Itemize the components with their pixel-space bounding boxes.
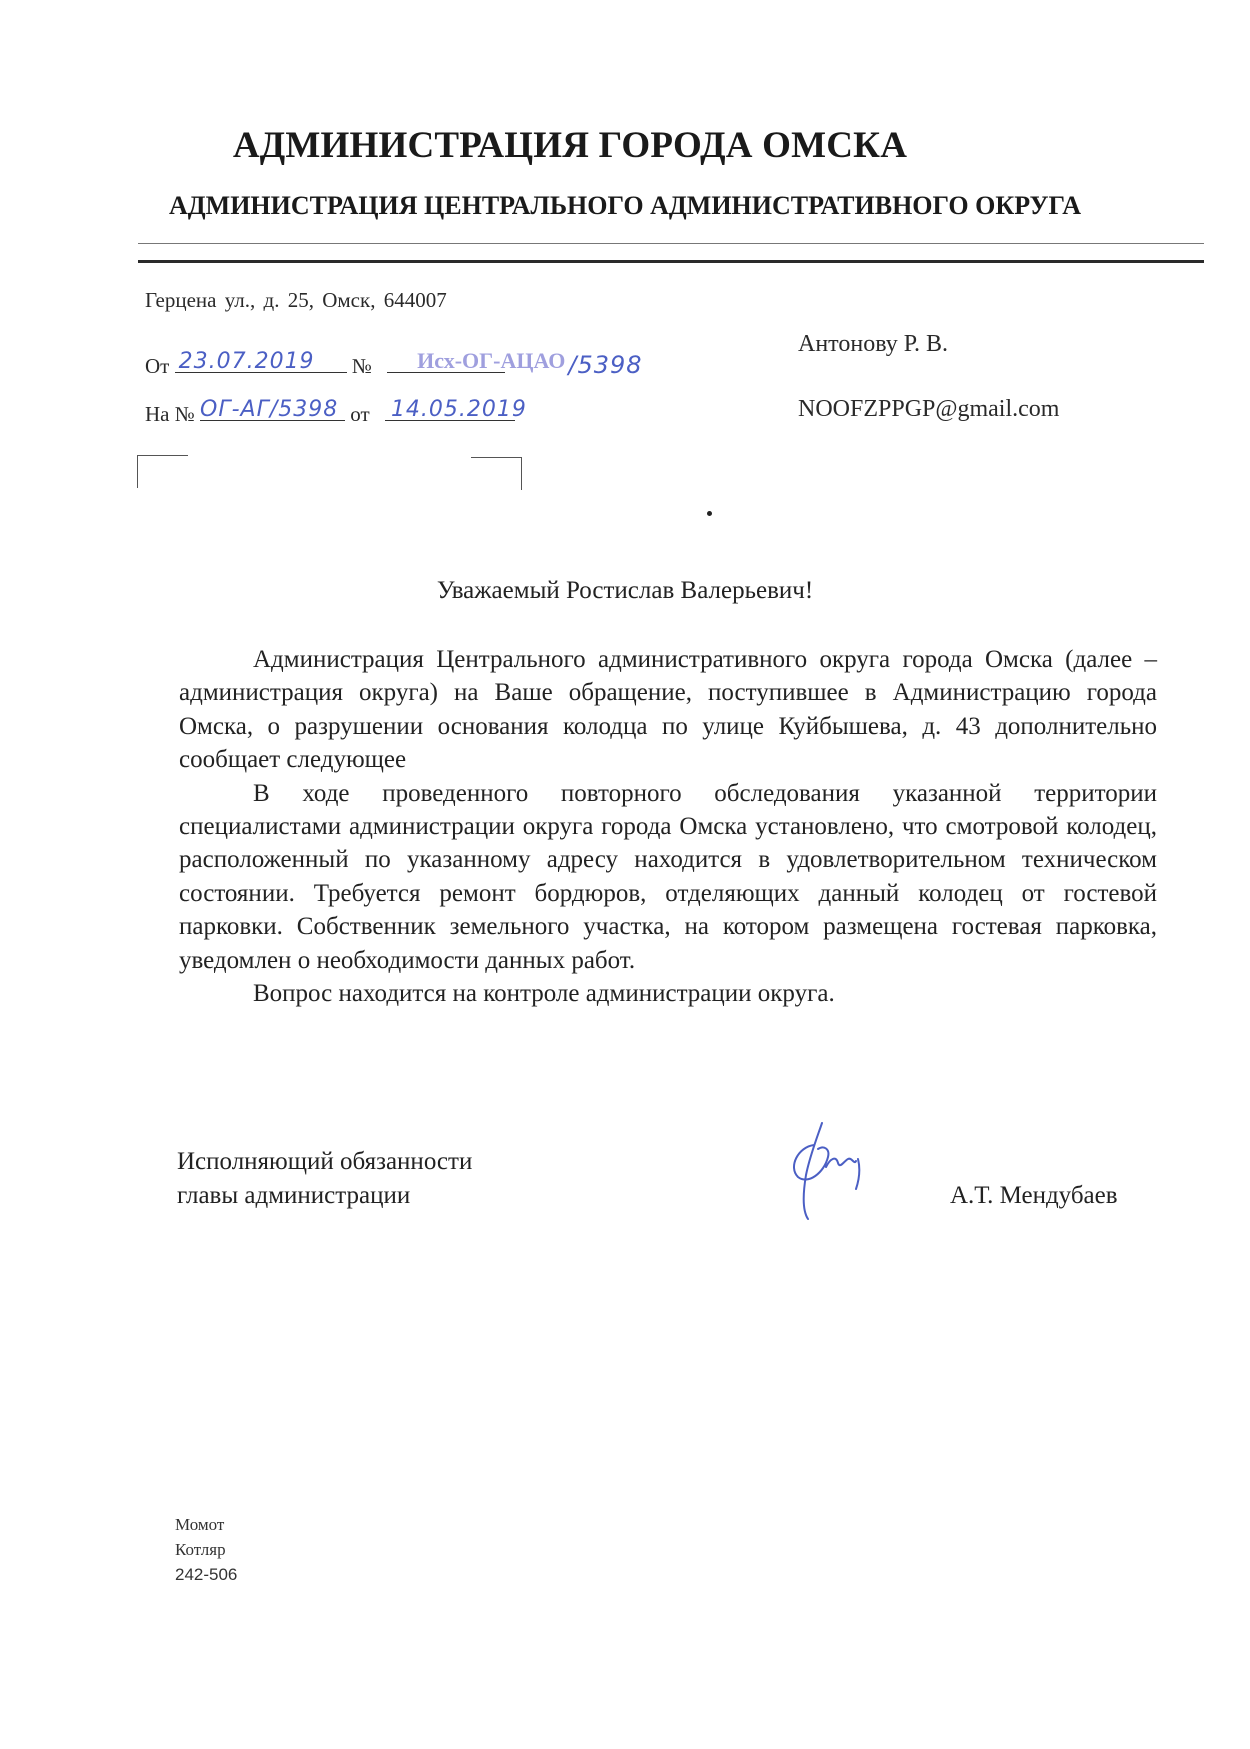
signatory-position: Исполняющий обязанности главы администра… xyxy=(177,1145,472,1213)
sender-address: Герцена ул., д. 25, Омск, 644007 xyxy=(145,288,447,313)
body-paragraph: Вопрос находится на контроле администрац… xyxy=(179,977,1157,1010)
executor-phone: 242-506 xyxy=(175,1562,237,1587)
on-from-label: от xyxy=(350,402,369,426)
recipient-email: NOOFZPPGP@gmail.com xyxy=(798,396,1059,423)
recipient-name: Антонову Р. В. xyxy=(798,331,948,358)
outgoing-number-field: Исх-ОГ-АЦАО xyxy=(387,350,505,373)
salutation: Уважаемый Ростислав Валерьевич! xyxy=(0,577,1250,605)
letter-body: Администрация Центрального административ… xyxy=(179,643,1157,1010)
executor-name-2: Котляр xyxy=(175,1537,237,1562)
outgoing-date-field: 23.07.2019 xyxy=(175,350,347,373)
outgoing-number-handwritten: /5398 xyxy=(568,351,642,379)
signatory-position-line2: главы администрации xyxy=(177,1179,472,1213)
handwritten-signature-icon xyxy=(770,1115,880,1225)
from-label: От xyxy=(145,354,169,378)
executor-name-1: Момот xyxy=(175,1512,237,1537)
letterhead-subtitle: АДМИНИСТРАЦИЯ ЦЕНТРАЛЬНОГО АДМИНИСТРАТИВ… xyxy=(0,191,1250,221)
incoming-date-handwritten: 14.05.2019 xyxy=(391,397,527,422)
address-field-corner-left xyxy=(137,455,188,488)
body-paragraph: В ходе проведенного повторного обследова… xyxy=(179,777,1157,977)
number-label: № xyxy=(352,354,372,378)
outgoing-date-handwritten: 23.07.2019 xyxy=(179,349,315,374)
address-field-corner-right xyxy=(471,457,522,490)
incoming-date-field: 14.05.2019 xyxy=(385,398,515,421)
incoming-number-field: ОГ-АГ/5398 xyxy=(200,398,345,421)
outgoing-reference: От 23.07.2019 № Исх-ОГ-АЦАО /5398 xyxy=(145,350,643,379)
on-number-label: На № xyxy=(145,402,195,426)
incoming-reference: На № ОГ-АГ/5398 от 14.05.2019 xyxy=(145,398,515,427)
signatory-position-line1: Исполняющий обязанности xyxy=(177,1145,472,1179)
executor-info: Момот Котляр 242-506 xyxy=(175,1512,237,1587)
scan-dot xyxy=(707,511,712,516)
signatory-name: А.Т. Мендубаев xyxy=(950,1182,1118,1210)
header-divider-thin xyxy=(138,243,1204,244)
body-paragraph: Администрация Центрального административ… xyxy=(179,643,1157,777)
incoming-number-handwritten: ОГ-АГ/5398 xyxy=(200,397,338,422)
letterhead-title: АДМИНИСТРАЦИЯ ГОРОДА ОМСКА xyxy=(0,124,1140,167)
header-divider-thick xyxy=(138,260,1204,263)
outgoing-number-stamp: Исх-ОГ-АЦАО xyxy=(417,348,565,374)
